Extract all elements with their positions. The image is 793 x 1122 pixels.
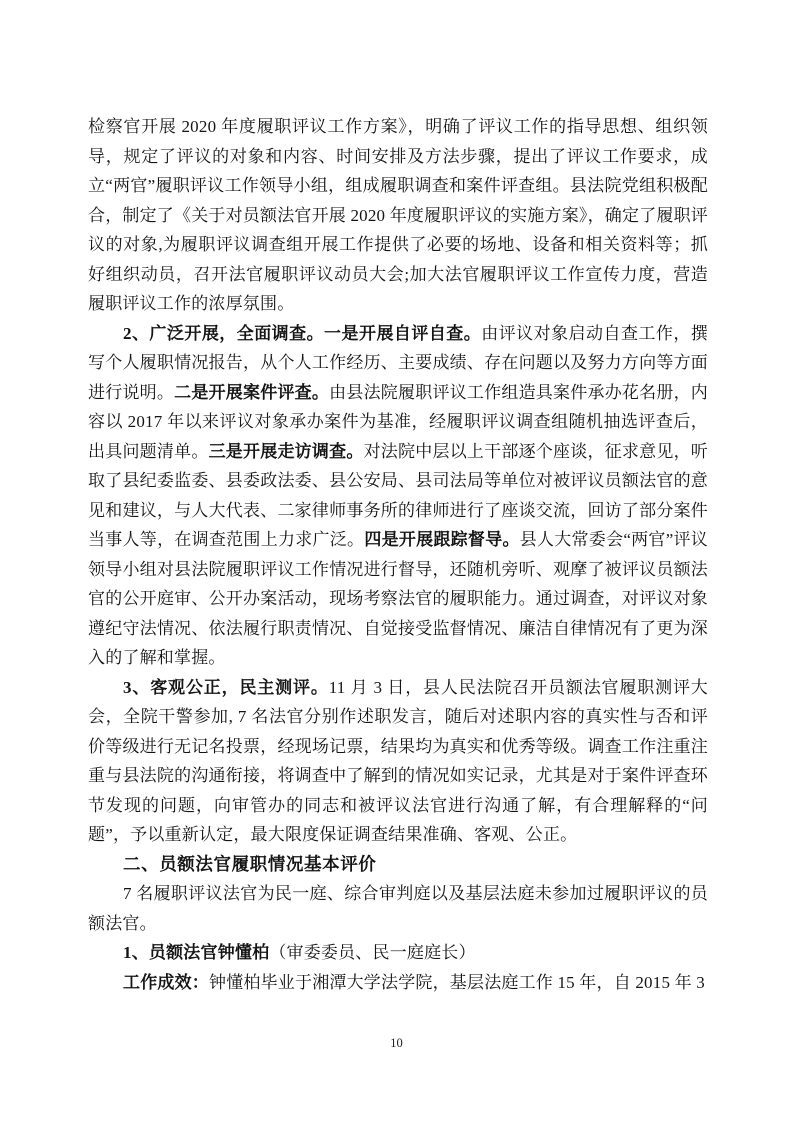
para-item-2-broad-investigation: 2、广泛开展，全面调查。一是开展自评自查。由评议对象启动自查工作，撰写个人履职情… bbox=[88, 319, 708, 673]
text-segment: 11 月 3 日，县人民法院召开员额法官履职测评大会，全院干警参加, 7 名法官… bbox=[88, 678, 708, 845]
para-item-3-democratic-evaluation: 3、客观公正，民主测评。11 月 3 日，县人民法院召开员额法官履职测评大会，全… bbox=[88, 673, 708, 850]
document-body: 检察官开展 2020 年度履职评议工作方案》，明确了评议工作的指导思想、组织领导… bbox=[88, 112, 708, 997]
bold-text-segment: 二、员额法官履职情况基本评价 bbox=[123, 854, 376, 874]
bold-text-segment: 3、客观公正，民主测评。 bbox=[123, 678, 329, 697]
bold-text-segment: 三是开展走访调查。 bbox=[209, 442, 364, 461]
bold-text-segment: 工作成效： bbox=[123, 973, 209, 992]
para-judge-1-title: 1、员额法官钟懂柏（审委委员、民一庭庭长） bbox=[88, 938, 708, 968]
bold-text-segment: 2、广泛开展，全面调查。一是开展自评自查。 bbox=[123, 324, 481, 343]
heading-section-2-basic-evaluation: 二、员额法官履职情况基本评价 bbox=[88, 850, 708, 880]
document-page: 检察官开展 2020 年度履职评议工作方案》，明确了评议工作的指导思想、组织领导… bbox=[0, 0, 793, 1122]
text-segment: 县人大常委会“两官”评议领导小组对县法院履职评议工作情况进行督导，还随机旁听、观… bbox=[88, 530, 708, 667]
para-judge-1-work-results: 工作成效：钟懂柏毕业于湘潭大学法学院，基层法庭工作 15 年，自 2015 年 … bbox=[88, 968, 708, 998]
text-segment: （审委委员、民一庭庭长） bbox=[269, 943, 475, 962]
text-segment: 检察官开展 2020 年度履职评议工作方案》，明确了评议工作的指导思想、组织领导… bbox=[88, 117, 708, 313]
para-seven-judges-overview: 7 名履职评议法官为民一庭、综合审判庭以及基层法庭未参加过履职评议的员额法官。 bbox=[88, 879, 708, 938]
text-segment: 7 名履职评议法官为民一庭、综合审判庭以及基层法庭未参加过履职评议的员额法官。 bbox=[88, 884, 708, 933]
page-number: 10 bbox=[0, 1036, 793, 1051]
bold-text-segment: 四是开展跟踪督导。 bbox=[364, 530, 519, 549]
para-continuation-from-previous-page: 检察官开展 2020 年度履职评议工作方案》，明确了评议工作的指导思想、组织领导… bbox=[88, 112, 708, 319]
text-segment: 钟懂柏毕业于湘潭大学法学院，基层法庭工作 15 年，自 2015 年 3 bbox=[209, 973, 705, 992]
bold-text-segment: 二是开展案件评查。 bbox=[174, 383, 329, 402]
bold-text-segment: 1、员额法官钟懂柏 bbox=[123, 943, 269, 962]
